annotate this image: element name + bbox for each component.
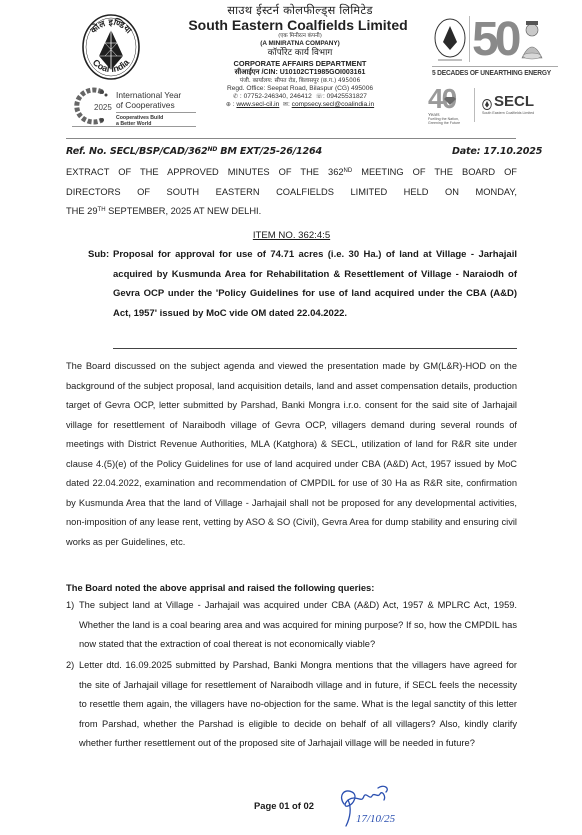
fifty-years-tagline: 5 DECADES OF UNEARTHING ENERGY: [432, 68, 551, 77]
secl-emblem-icon: [482, 97, 492, 108]
header-divider: [66, 138, 516, 139]
subject-label: Sub:: [88, 245, 109, 265]
document-date: Date: 17.10.2025: [452, 146, 542, 157]
subject-underline: [113, 348, 517, 349]
forty-years-tagline: Years Fuelling the Nation, Greening the …: [428, 113, 468, 126]
reference-number: Ref. No. SECL/BSP/CAD/362ND BM EXT/25-26…: [66, 146, 322, 157]
svg-text:17/10/25: 17/10/25: [356, 813, 396, 825]
item-number: ITEM NO. 362:4:5: [66, 229, 517, 243]
ref-sup: ND: [208, 146, 218, 153]
extract-line3: THE 29TH SEPTEMBER, 2025 AT NEW DELHI.: [66, 206, 261, 216]
ref-suffix: BM EXT/25-26/1264: [217, 146, 322, 157]
cin-number: सीआईएन /CIN: U10102CT1985GOI003161: [180, 68, 420, 77]
extract-line2: DIRECTORS OF SOUTH EASTERN COALFIELDS LI…: [66, 183, 517, 203]
letterhead: साउथ ईस्टर्न कोलफील्ड्स लिमिटेड South Ea…: [180, 3, 420, 109]
department-hindi: कॉर्पोरेट कार्य विभाग: [180, 48, 420, 59]
extract-line1-suffix: MEETING OF THE BOARD OF: [352, 167, 517, 177]
page-number: Page 01 of 02: [254, 800, 314, 811]
extract-line3-sup: TH: [98, 207, 106, 213]
signature: 17/10/25: [334, 782, 414, 830]
ref-prefix: Ref. No. SECL/BSP/CAD/362: [66, 146, 208, 157]
company-name-hindi: साउथ ईस्टर्न कोलफील्ड्स लिमिटेड: [180, 3, 420, 17]
secl-brand-name: SECL: [494, 94, 534, 110]
extract-line1-sup: ND: [344, 168, 353, 174]
divider: [469, 16, 470, 62]
department-name: CORPORATE AFFAIRS DEPARTMENT: [180, 59, 420, 68]
fifty-years-number: 50: [472, 14, 517, 66]
query-text: Letter dtd. 16.09.2025 submitted by Pars…: [79, 656, 517, 754]
query-text: The subject land at Village - Jarhajail …: [79, 596, 517, 655]
divider: [432, 66, 558, 67]
queries-heading: The Board noted the above apprisal and r…: [66, 581, 374, 595]
svg-text:2025: 2025: [94, 103, 112, 112]
extract-heading: EXTRACT OF THE APPROVED MINUTES OF THE 3…: [66, 163, 517, 222]
forty-tagline-line2: Greening the Future: [428, 121, 468, 125]
mascot-figure-icon: [517, 18, 547, 62]
email-link[interactable]: compsecy.secl@coalindia.in: [292, 101, 374, 108]
company-name: South Eastern Coalfields Limited: [176, 17, 420, 33]
website-link[interactable]: www.secl-cil.in: [236, 101, 279, 108]
globe-icon: ⊕: [226, 102, 231, 108]
contact-phones: ✆ : 07752-246340, 246412 ☏: 09425531827: [180, 93, 420, 101]
extract-line3-suffix: SEPTEMBER, 2025 AT NEW DELHI.: [106, 206, 262, 216]
email-icon: ✉: [283, 102, 288, 108]
address: Regd. Office: Seepat Road, Bilaspur (CG)…: [180, 85, 420, 93]
iyc-tagline: Cooperatives Build a Better World: [116, 112, 196, 127]
mobile-number: 09425531827: [327, 93, 367, 100]
coal-india-logo: कोल इण्डिया Coal India: [78, 12, 144, 82]
query-number: 2): [66, 656, 74, 676]
phone-number: 07752-246340, 246412: [244, 93, 312, 100]
secl-brand-subtitle: South Eastern Coalfields Limited: [482, 111, 534, 115]
query-number: 1): [66, 596, 74, 616]
subject-text: Proposal for approval for use of 74.71 a…: [113, 245, 517, 323]
discussion-paragraph: The Board discussed on the subject agend…: [66, 357, 517, 552]
miniratna-hindi: (एक मिनीरत्न कंपनी): [180, 33, 420, 40]
mobile-icon: ☏: [315, 94, 323, 100]
extract-line1-prefix: EXTRACT OF THE APPROVED MINUTES OF THE 3…: [66, 167, 344, 177]
diamond-icon: [444, 92, 456, 102]
coal-india-small-logo: [432, 16, 468, 62]
phone-icon: ✆: [233, 94, 238, 100]
miniratna-label: (A MINIRATNA COMPANY): [180, 40, 420, 48]
divider: [72, 126, 196, 127]
address-hindi: पंजी. कार्यालय: सीपत रोड, बिलासपुर (छ.ग.…: [180, 77, 420, 85]
extract-line1: EXTRACT OF THE APPROVED MINUTES OF THE 3…: [66, 163, 517, 183]
item-number-text: ITEM NO. 362:4:5: [253, 230, 330, 241]
extract-line3-prefix: THE 29: [66, 206, 98, 216]
divider: [474, 88, 475, 122]
contact-web: ⊕ : www.secl-cil.in ✉: compsecy.secl@coa…: [180, 101, 420, 109]
